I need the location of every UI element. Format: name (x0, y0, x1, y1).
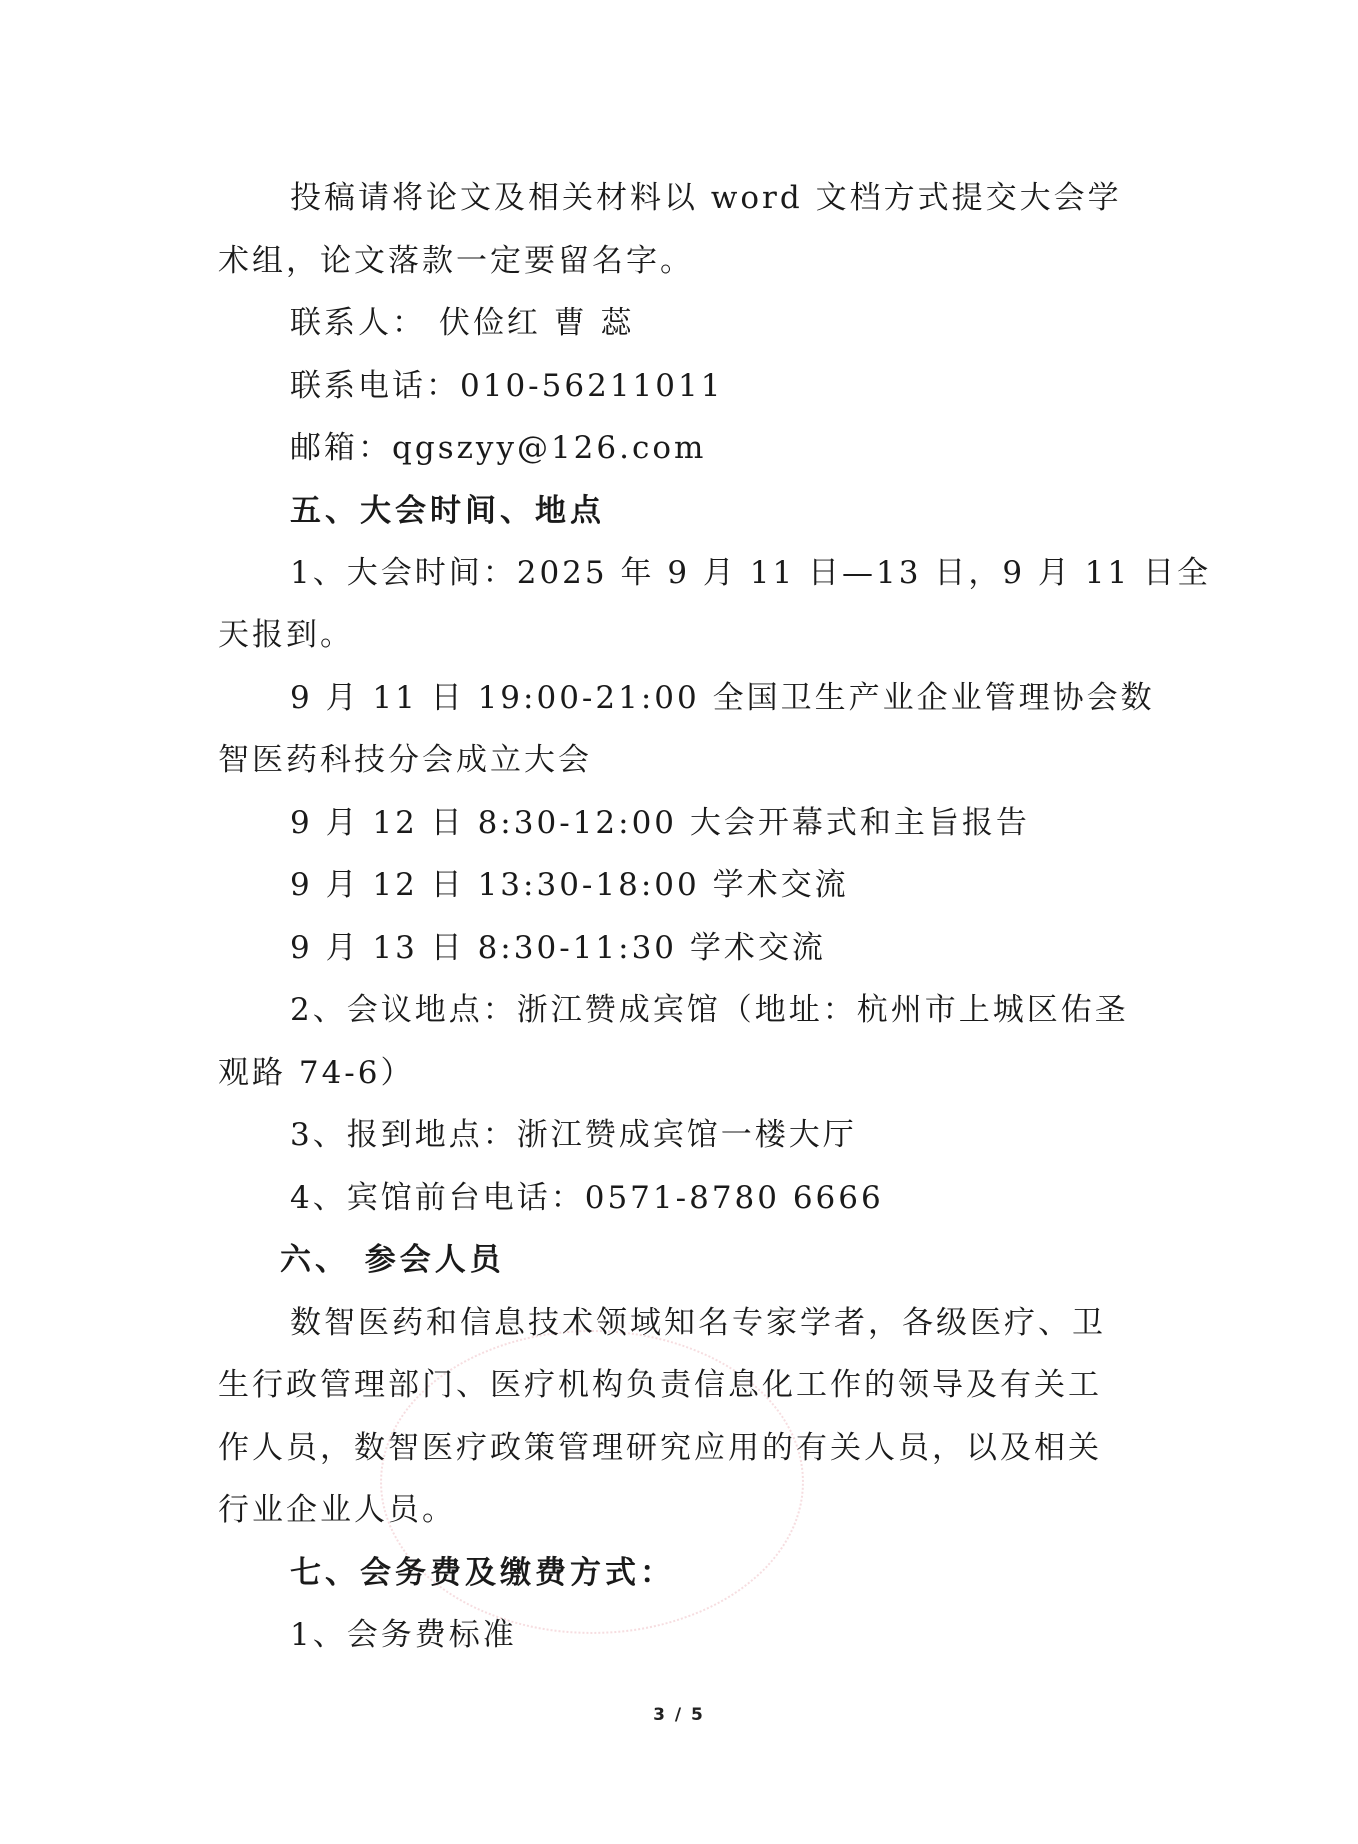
schedule-item-sep11-cont: 智医药科技分会成立大会 (218, 740, 592, 780)
document-page: 投稿请将论文及相关材料以 word 文档方式提交大会学 术组，论文落款一定要留名… (0, 0, 1358, 1844)
section-heading-time-location: 五、大会时间、地点 (290, 491, 605, 531)
page-number: 3 / 5 (0, 1705, 1358, 1725)
fee-standard: 1、会务费标准 (290, 1615, 517, 1655)
contact-email: 邮箱：qgszyy@126.com (290, 428, 706, 468)
schedule-item-sep13-am: 9 月 13 日 8:30-11:30 学术交流 (290, 928, 826, 968)
schedule-item-sep11: 9 月 11 日 19:00-21:00 全国卫生产业企业管理协会数 (290, 678, 1155, 718)
section-heading-fees: 七、会务费及缴费方式： (290, 1553, 675, 1593)
paragraph-submission: 投稿请将论文及相关材料以 word 文档方式提交大会学 (290, 178, 1122, 218)
venue: 2、会议地点：浙江赞成宾馆（地址：杭州市上城区佑圣 (290, 990, 1129, 1030)
contact-persons: 联系人： 伏俭红 曹 蕊 (290, 303, 635, 343)
contact-phone: 联系电话：010-56211011 (290, 366, 723, 406)
conference-time-cont: 天报到。 (218, 615, 354, 655)
attendees-paragraph-cont-2: 作人员，数智医疗政策管理研究应用的有关人员，以及相关 (218, 1428, 1102, 1468)
conference-time: 1、大会时间：2025 年 9 月 11 日—13 日，9 月 11 日全 (290, 553, 1211, 593)
hotel-front-desk-phone: 4、宾馆前台电话：0571-8780 6666 (290, 1178, 884, 1218)
schedule-item-sep12-pm: 9 月 12 日 13:30-18:00 学术交流 (290, 865, 849, 905)
section-heading-attendees: 六、 参会人员 (280, 1240, 505, 1280)
venue-cont: 观路 74-6） (218, 1053, 415, 1093)
registration-location: 3、报到地点：浙江赞成宾馆一楼大厅 (290, 1115, 857, 1155)
attendees-paragraph-cont-1: 生行政管理部门、医疗机构负责信息化工作的领导及有关工 (218, 1365, 1102, 1405)
schedule-item-sep12-am: 9 月 12 日 8:30-12:00 大会开幕式和主旨报告 (290, 803, 1030, 843)
attendees-paragraph: 数智医药和信息技术领域知名专家学者，各级医疗、卫 (290, 1303, 1106, 1343)
attendees-paragraph-cont-3: 行业企业人员。 (218, 1490, 456, 1530)
paragraph-submission-cont: 术组，论文落款一定要留名字。 (218, 241, 694, 281)
